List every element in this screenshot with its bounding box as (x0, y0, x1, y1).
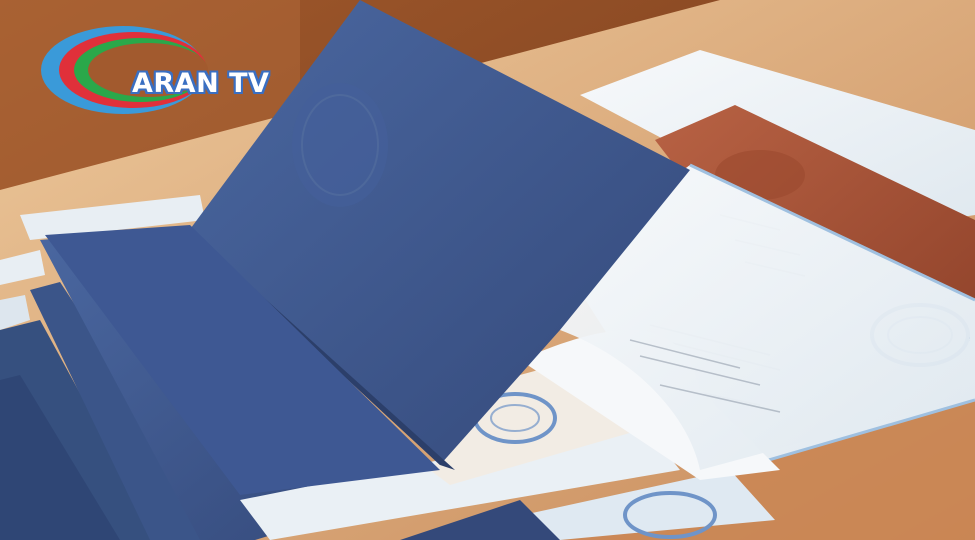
channel-logo: ARAN TV (38, 22, 238, 118)
channel-logo-text: ARAN TV (132, 68, 269, 99)
photo-scene: ARAN TV (0, 0, 975, 540)
